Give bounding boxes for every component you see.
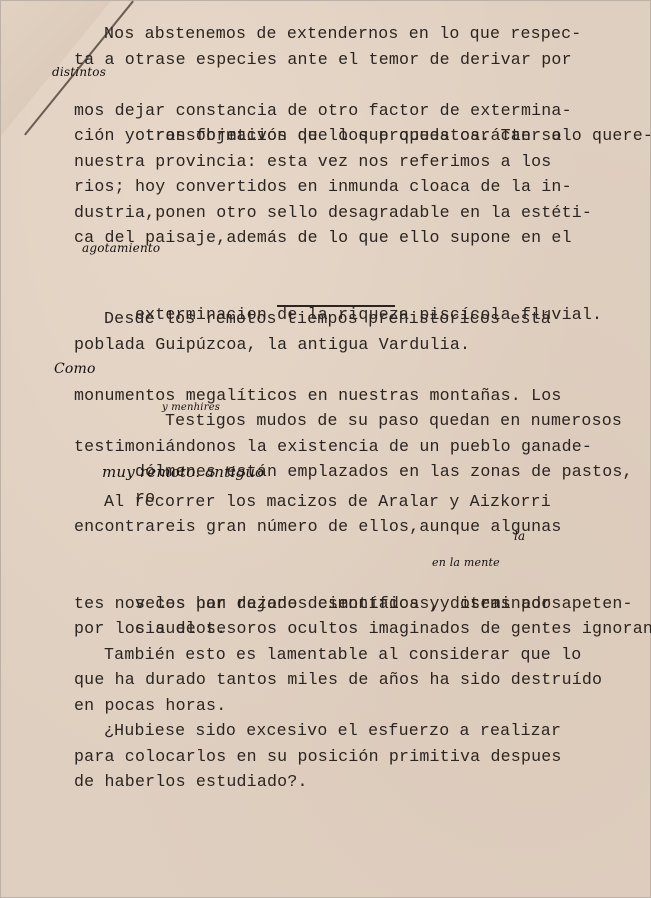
text-line: nuestra provincia: esta vez nos referimo…	[74, 149, 634, 175]
text-line: mos dejar constancia de otro factor de e…	[74, 98, 634, 124]
text-line: distintos otros objetivos que los propue…	[74, 72, 634, 98]
text-line: en pocas horas.	[74, 693, 634, 719]
text-line: en la mente cia de tesoros ocultos imagi…	[74, 565, 634, 591]
text-line: que ha durado tantos miles de años ha si…	[74, 667, 634, 693]
text-line: tes nos los han dejado desmontados y dis…	[74, 591, 634, 617]
section-divider	[277, 305, 395, 307]
text-line: monumentos megalíticos en nuestras monta…	[74, 383, 634, 409]
annotation-en-la-mente: en la mente	[432, 557, 500, 569]
text-line: encontrareis gran número de ellos,aunque…	[74, 514, 634, 540]
text-line: Al recorrer los macizos de Aralar y Aizk…	[74, 489, 634, 515]
annotation-y-menhires: y menhires	[162, 402, 220, 414]
annotation-distintos: distintos	[52, 66, 106, 78]
text-line: y menhires dólmenes están emplazados en …	[74, 408, 634, 434]
text-line: testimoniándonos la existencia de un pue…	[74, 434, 634, 460]
text-line: la veces por razones científicas,y otras…	[74, 540, 634, 566]
text-line: También esto es lamentable al considerar…	[74, 642, 634, 668]
text-line: ¿Hubiese sido excesivo el esfuerzo a rea…	[74, 718, 634, 744]
annotation-agotamiento: agotamiento	[82, 242, 160, 254]
text-line: dustria,ponen otro sello desagradable en…	[74, 200, 634, 226]
text-line: ta a otrase especies ante el temor de de…	[74, 47, 634, 73]
typed-text-body: Nos abstenemos de extendernos en lo que …	[74, 21, 634, 795]
text-line: Desde los remotos tiempos prehistoricos …	[74, 306, 634, 332]
text-line: Nos abstenemos de extendernos en lo que …	[74, 21, 634, 47]
text-line: Como Testigos mudos de su paso quedan en…	[74, 357, 634, 383]
text-line: por los suelos.	[74, 616, 634, 642]
text-line: ción y transformación de lo que queda ca…	[74, 123, 634, 149]
text-line: ro muy remoto. antiguo	[74, 459, 634, 485]
text-line: para colocarlos en su posición primitiva…	[74, 744, 634, 770]
annotation-como: Como	[54, 363, 96, 375]
document-page: Nos abstenemos de extendernos en lo que …	[0, 0, 651, 898]
text-line: poblada Guipúzcoa, la antigua Vardulia.	[74, 332, 634, 358]
text-line: rios; hoy convertidos en inmunda cloaca …	[74, 174, 634, 200]
annotation-la: la	[514, 530, 525, 542]
text-line: agotamiento exterminacion de la riqueza …	[74, 251, 634, 277]
text-line: de haberlos estudiado?.	[74, 769, 634, 795]
annotation-muy-antiguo: muy remoto. antiguo	[102, 466, 264, 478]
